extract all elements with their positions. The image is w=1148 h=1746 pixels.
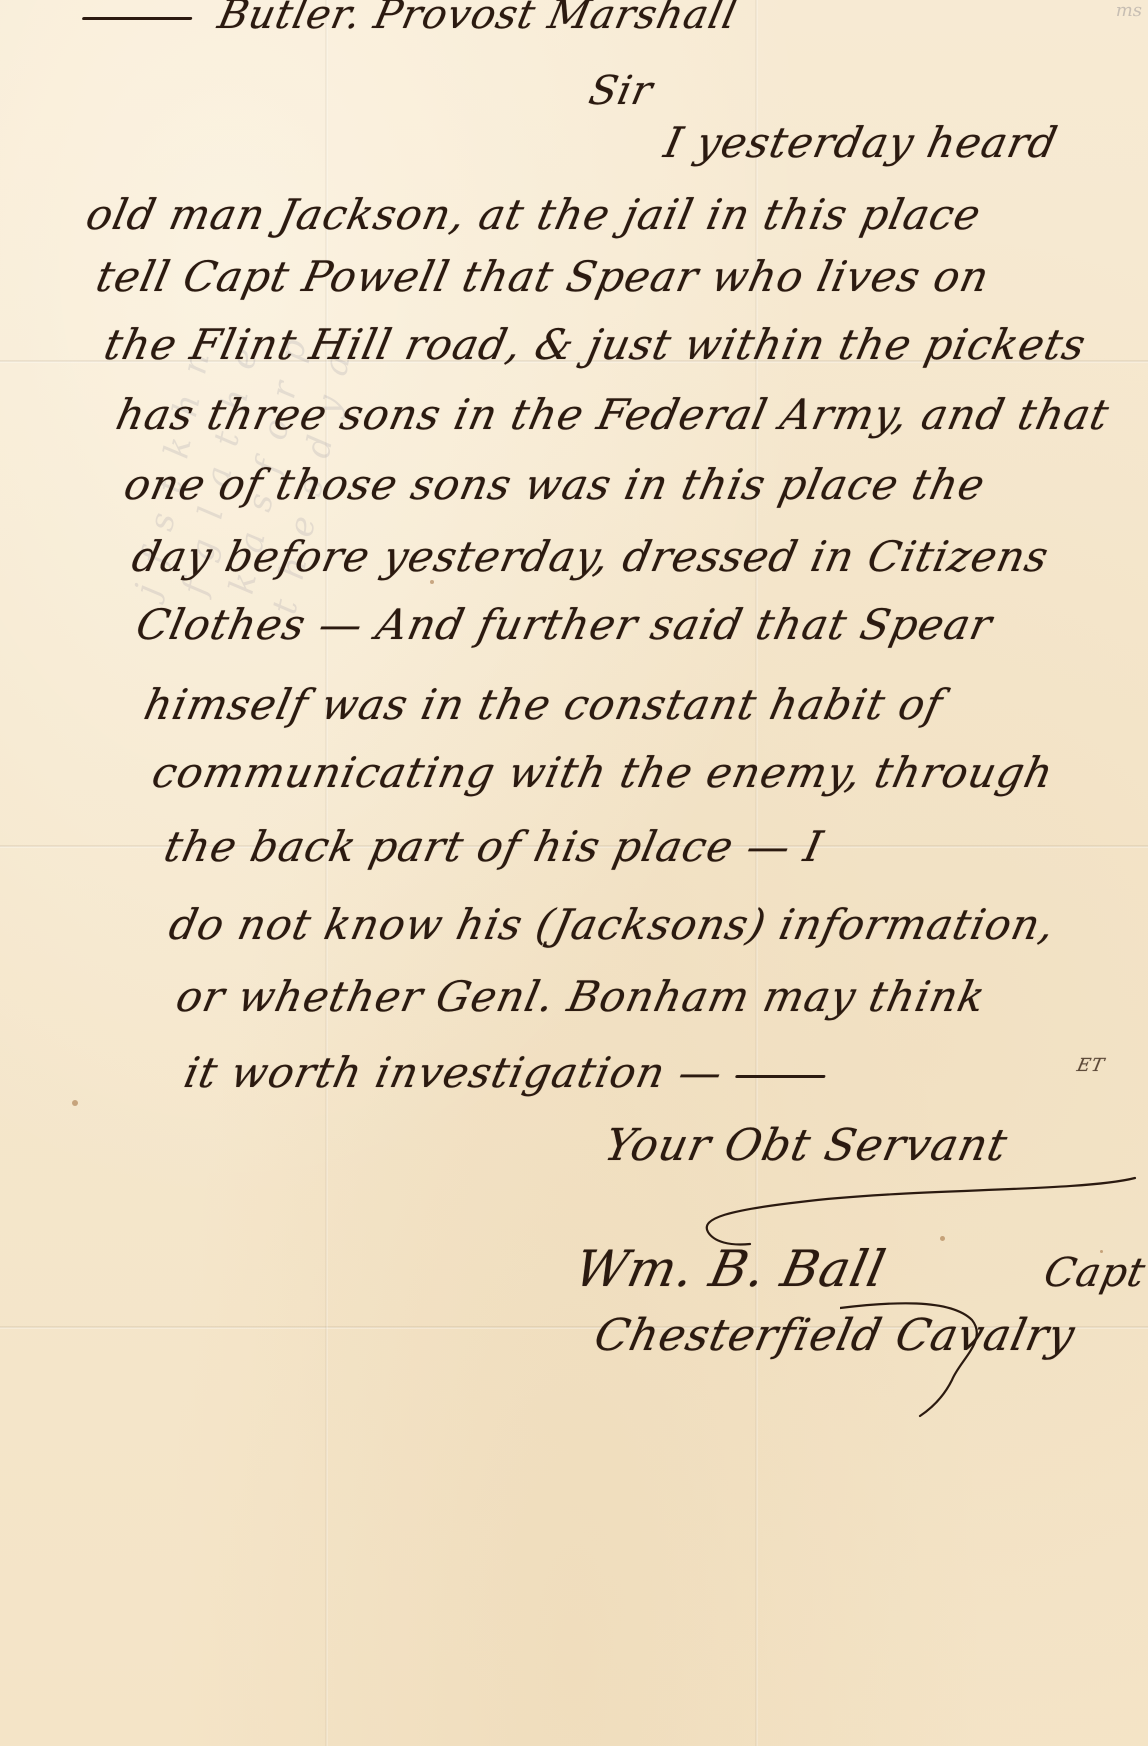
addressee-text: Butler. Provost Marshall (214, 0, 741, 38)
body-line-10: communicating with the enemy, through (148, 748, 1058, 797)
ink-spot (72, 1100, 78, 1106)
signature-unit: Chesterfield Cavalry (590, 1310, 1080, 1361)
body-line-3: tell Capt Powell that Spear who lives on (92, 252, 994, 301)
body-line-5: has three sons in the Federal Army, and … (112, 390, 1114, 439)
body-line-7: day before yesterday, dressed in Citizen… (128, 532, 1053, 581)
body-line-13: or whether Genl. Bonham may think (172, 972, 990, 1021)
body-line-1: I yesterday heard (660, 118, 1062, 167)
leading-dash (82, 17, 193, 20)
body-line-8: Clothes — And further said that Spear (132, 600, 997, 649)
closing-flourish (660, 1170, 1148, 1250)
body-line-2: old man Jackson, at the jail in this pla… (82, 190, 986, 239)
trailing-dash (735, 1075, 826, 1078)
salutation: Sir (585, 68, 657, 114)
margin-mark: ET (1075, 1055, 1107, 1076)
body-line-4: the Flint Hill road, & just within the p… (100, 320, 1091, 369)
body-line-14-text: it worth investigation — (180, 1048, 728, 1097)
body-line-6: one of those sons was in this place the (120, 460, 990, 509)
addressee-line: Butler. Provost Marshall (78, 0, 741, 38)
letter-page: j f s t k h n f g l a t h e k a s f o r … (0, 0, 1148, 1746)
bleed-through-text: j f s t k h n f g l a t h e k a s f o r … (124, 82, 604, 670)
body-line-11: the back part of his place — I (160, 822, 828, 871)
body-line-12: do not know his (Jacksons) information, (165, 900, 1060, 949)
signature-name: Wm. B. Ball (570, 1240, 891, 1298)
body-line-9: himself was in the constant habit of (140, 680, 947, 729)
closing: Your Obt Servant (600, 1120, 1012, 1171)
corner-pencil-mark: ms (1116, 0, 1142, 21)
signature-rank: Capt (1040, 1250, 1148, 1296)
body-line-14: it worth investigation — (180, 1048, 832, 1097)
